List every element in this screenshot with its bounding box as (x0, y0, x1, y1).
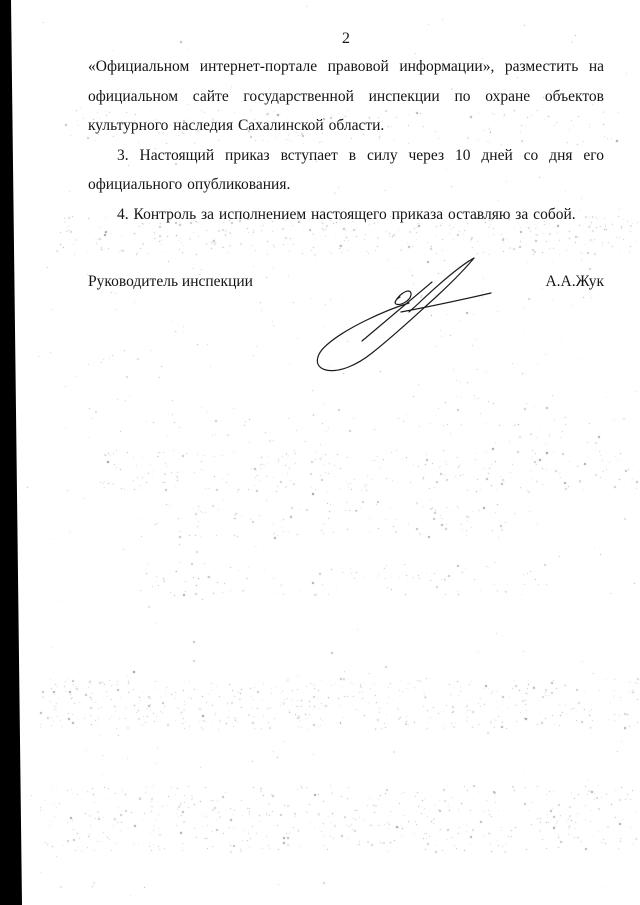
signer-role: Руководитель инспекции (88, 272, 253, 292)
paragraph-3-line-1: 3. Настоящий приказ вступает в силу чере… (88, 141, 604, 171)
document-body: «Официальном интернет-портале правовой и… (88, 52, 604, 229)
paragraph-3-line-2: официального опубликования. (88, 170, 604, 200)
paragraph-1-line-3: культурного наследия Сахалинской области… (88, 111, 604, 141)
paragraph-1-line-2: официальном сайте государственной инспек… (88, 82, 604, 112)
handwritten-signature (305, 250, 505, 380)
signature-right-curve-stroke (401, 293, 491, 312)
page-number: 2 (88, 30, 604, 48)
paragraph-4-line-1: 4. Контроль за исполнением настоящего пр… (88, 200, 604, 230)
signer-name: А.А.Жук (545, 272, 604, 292)
paragraph-1-line-1: «Официальном интернет-портале правовой и… (88, 52, 604, 82)
document-page: 2 «Официальном интернет-портале правовой… (0, 0, 640, 905)
